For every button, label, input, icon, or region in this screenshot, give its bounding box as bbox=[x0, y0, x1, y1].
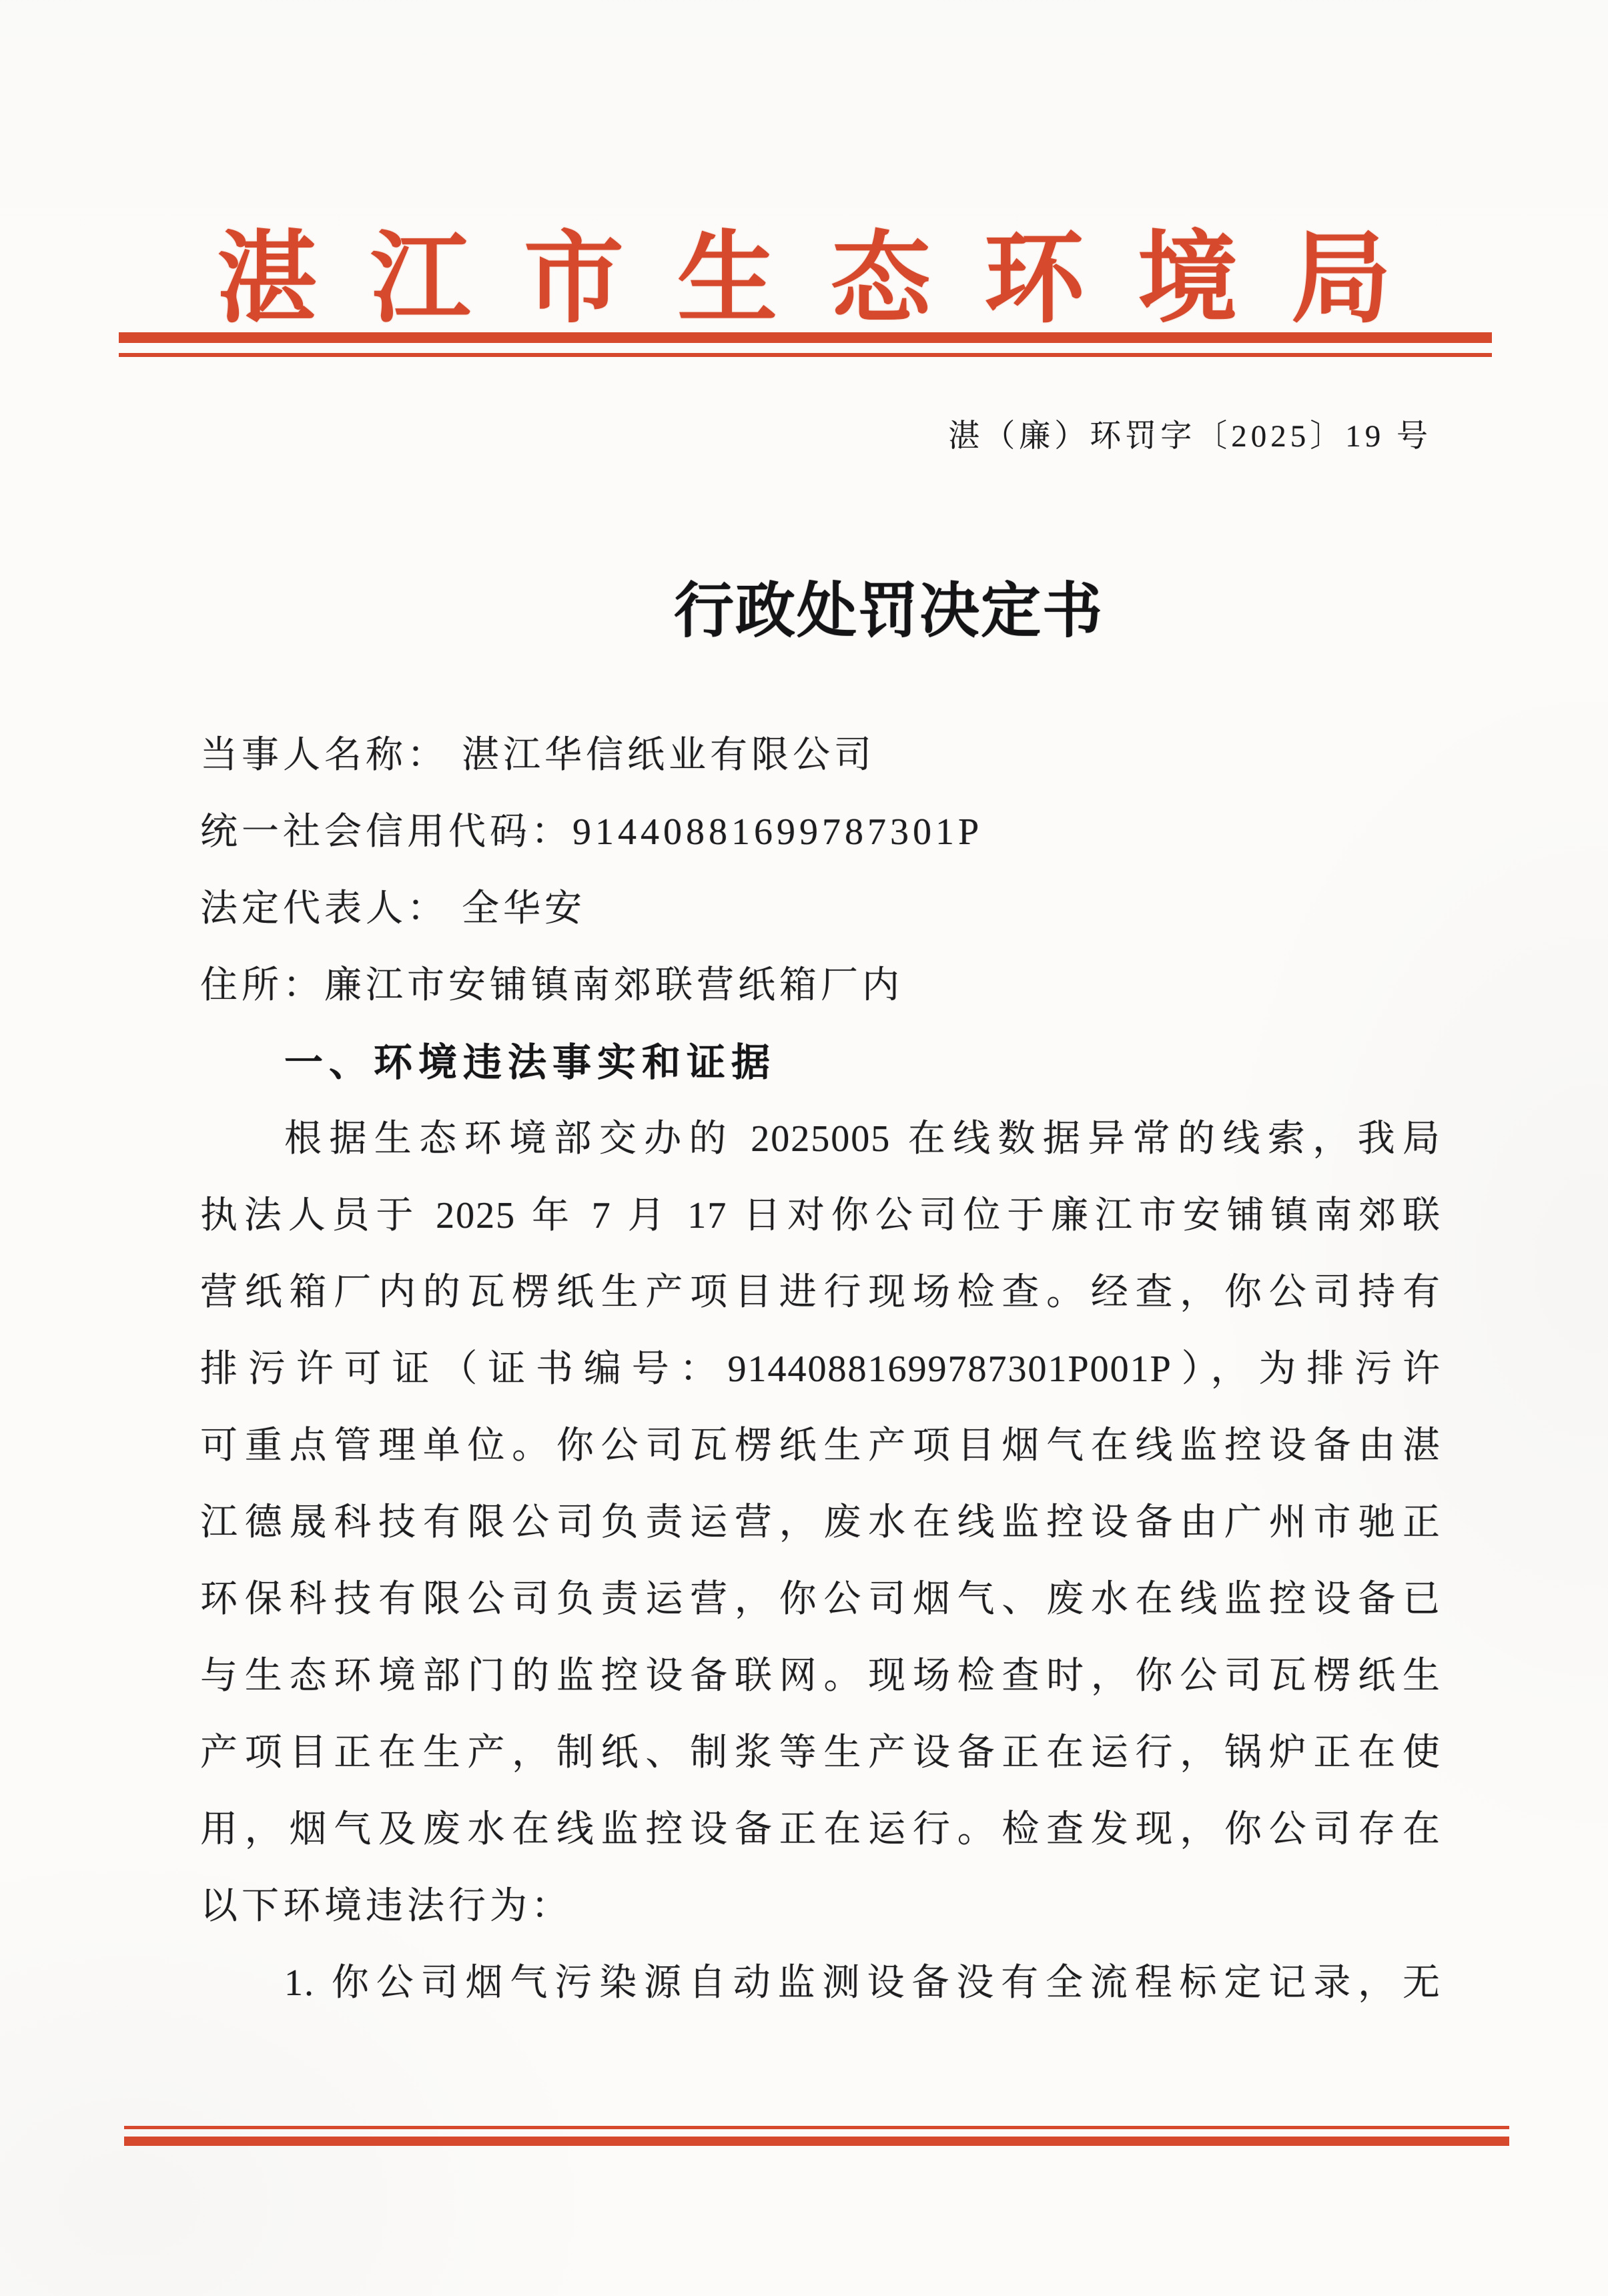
paragraph-line: 环保科技有限公司负责运营，你公司烟气、废水在线监控设备已 bbox=[200, 1561, 1441, 1638]
paragraph-line: 执法人员于 2025 年 7 月 17 日对你公司位于廉江市安铺镇南郊联 bbox=[200, 1178, 1441, 1254]
section-heading: 一、环境违法事实和证据 bbox=[200, 1024, 1441, 1101]
paragraph-line: 根据生态环境部交办的 2025005 在线数据异常的线索，我局 bbox=[200, 1101, 1441, 1178]
paragraph-line: 可重点管理单位。你公司瓦楞纸生产项目烟气在线监控设备由湛 bbox=[200, 1408, 1441, 1485]
document-title: 行政处罚决定书 bbox=[674, 562, 1104, 649]
paragraph-line: 用，烟气及废水在线监控设备正在运行。检查发现，你公司存在 bbox=[200, 1792, 1441, 1868]
paragraph-line: 1. 你公司烟气污染源自动监测设备没有全流程标定记录，无 bbox=[200, 1945, 1441, 2022]
address-line: 住所：廉江市安铺镇南郊联营纸箱厂内 bbox=[200, 947, 1441, 1024]
header-rule-thin bbox=[119, 353, 1492, 357]
header-rule-thick bbox=[119, 332, 1492, 343]
document-number: 湛（廉）环罚字〔2025〕19 号 bbox=[948, 411, 1432, 456]
agency-letterhead-title: 湛江市生态环境局 bbox=[0, 198, 1608, 342]
footer-rule-thin bbox=[124, 2126, 1509, 2129]
paragraph-line: 江德晟科技有限公司负责运营，废水在线监控设备由广州市驰正 bbox=[200, 1485, 1441, 1561]
document-body: 当事人名称： 湛江华信纸业有限公司 统一社会信用代码：9144088169978… bbox=[200, 717, 1441, 2022]
paragraph-line: 与生态环境部门的监控设备联网。现场检查时，你公司瓦楞纸生 bbox=[200, 1638, 1441, 1715]
legal-representative-line: 法定代表人： 全华安 bbox=[200, 871, 1441, 947]
paragraph-line: 产项目正在生产，制纸、制浆等生产设备正在运行，锅炉正在使 bbox=[200, 1715, 1441, 1792]
footer-rule-thick bbox=[124, 2137, 1509, 2146]
credit-code-line: 统一社会信用代码：91440881699787301P bbox=[200, 794, 1441, 871]
paragraph-line: 以下环境违法行为： bbox=[200, 1868, 1441, 1945]
scanned-document-page: 湛江市生态环境局 湛（廉）环罚字〔2025〕19 号 行政处罚决定书 当事人名称… bbox=[0, 0, 1608, 2296]
paragraph-line: 营纸箱厂内的瓦楞纸生产项目进行现场检查。经查，你公司持有 bbox=[200, 1254, 1441, 1331]
paragraph-line: 排污许可证（证书编号：91440881699787301P001P），为排污许 bbox=[200, 1331, 1441, 1408]
party-name-line: 当事人名称： 湛江华信纸业有限公司 bbox=[200, 717, 1441, 794]
